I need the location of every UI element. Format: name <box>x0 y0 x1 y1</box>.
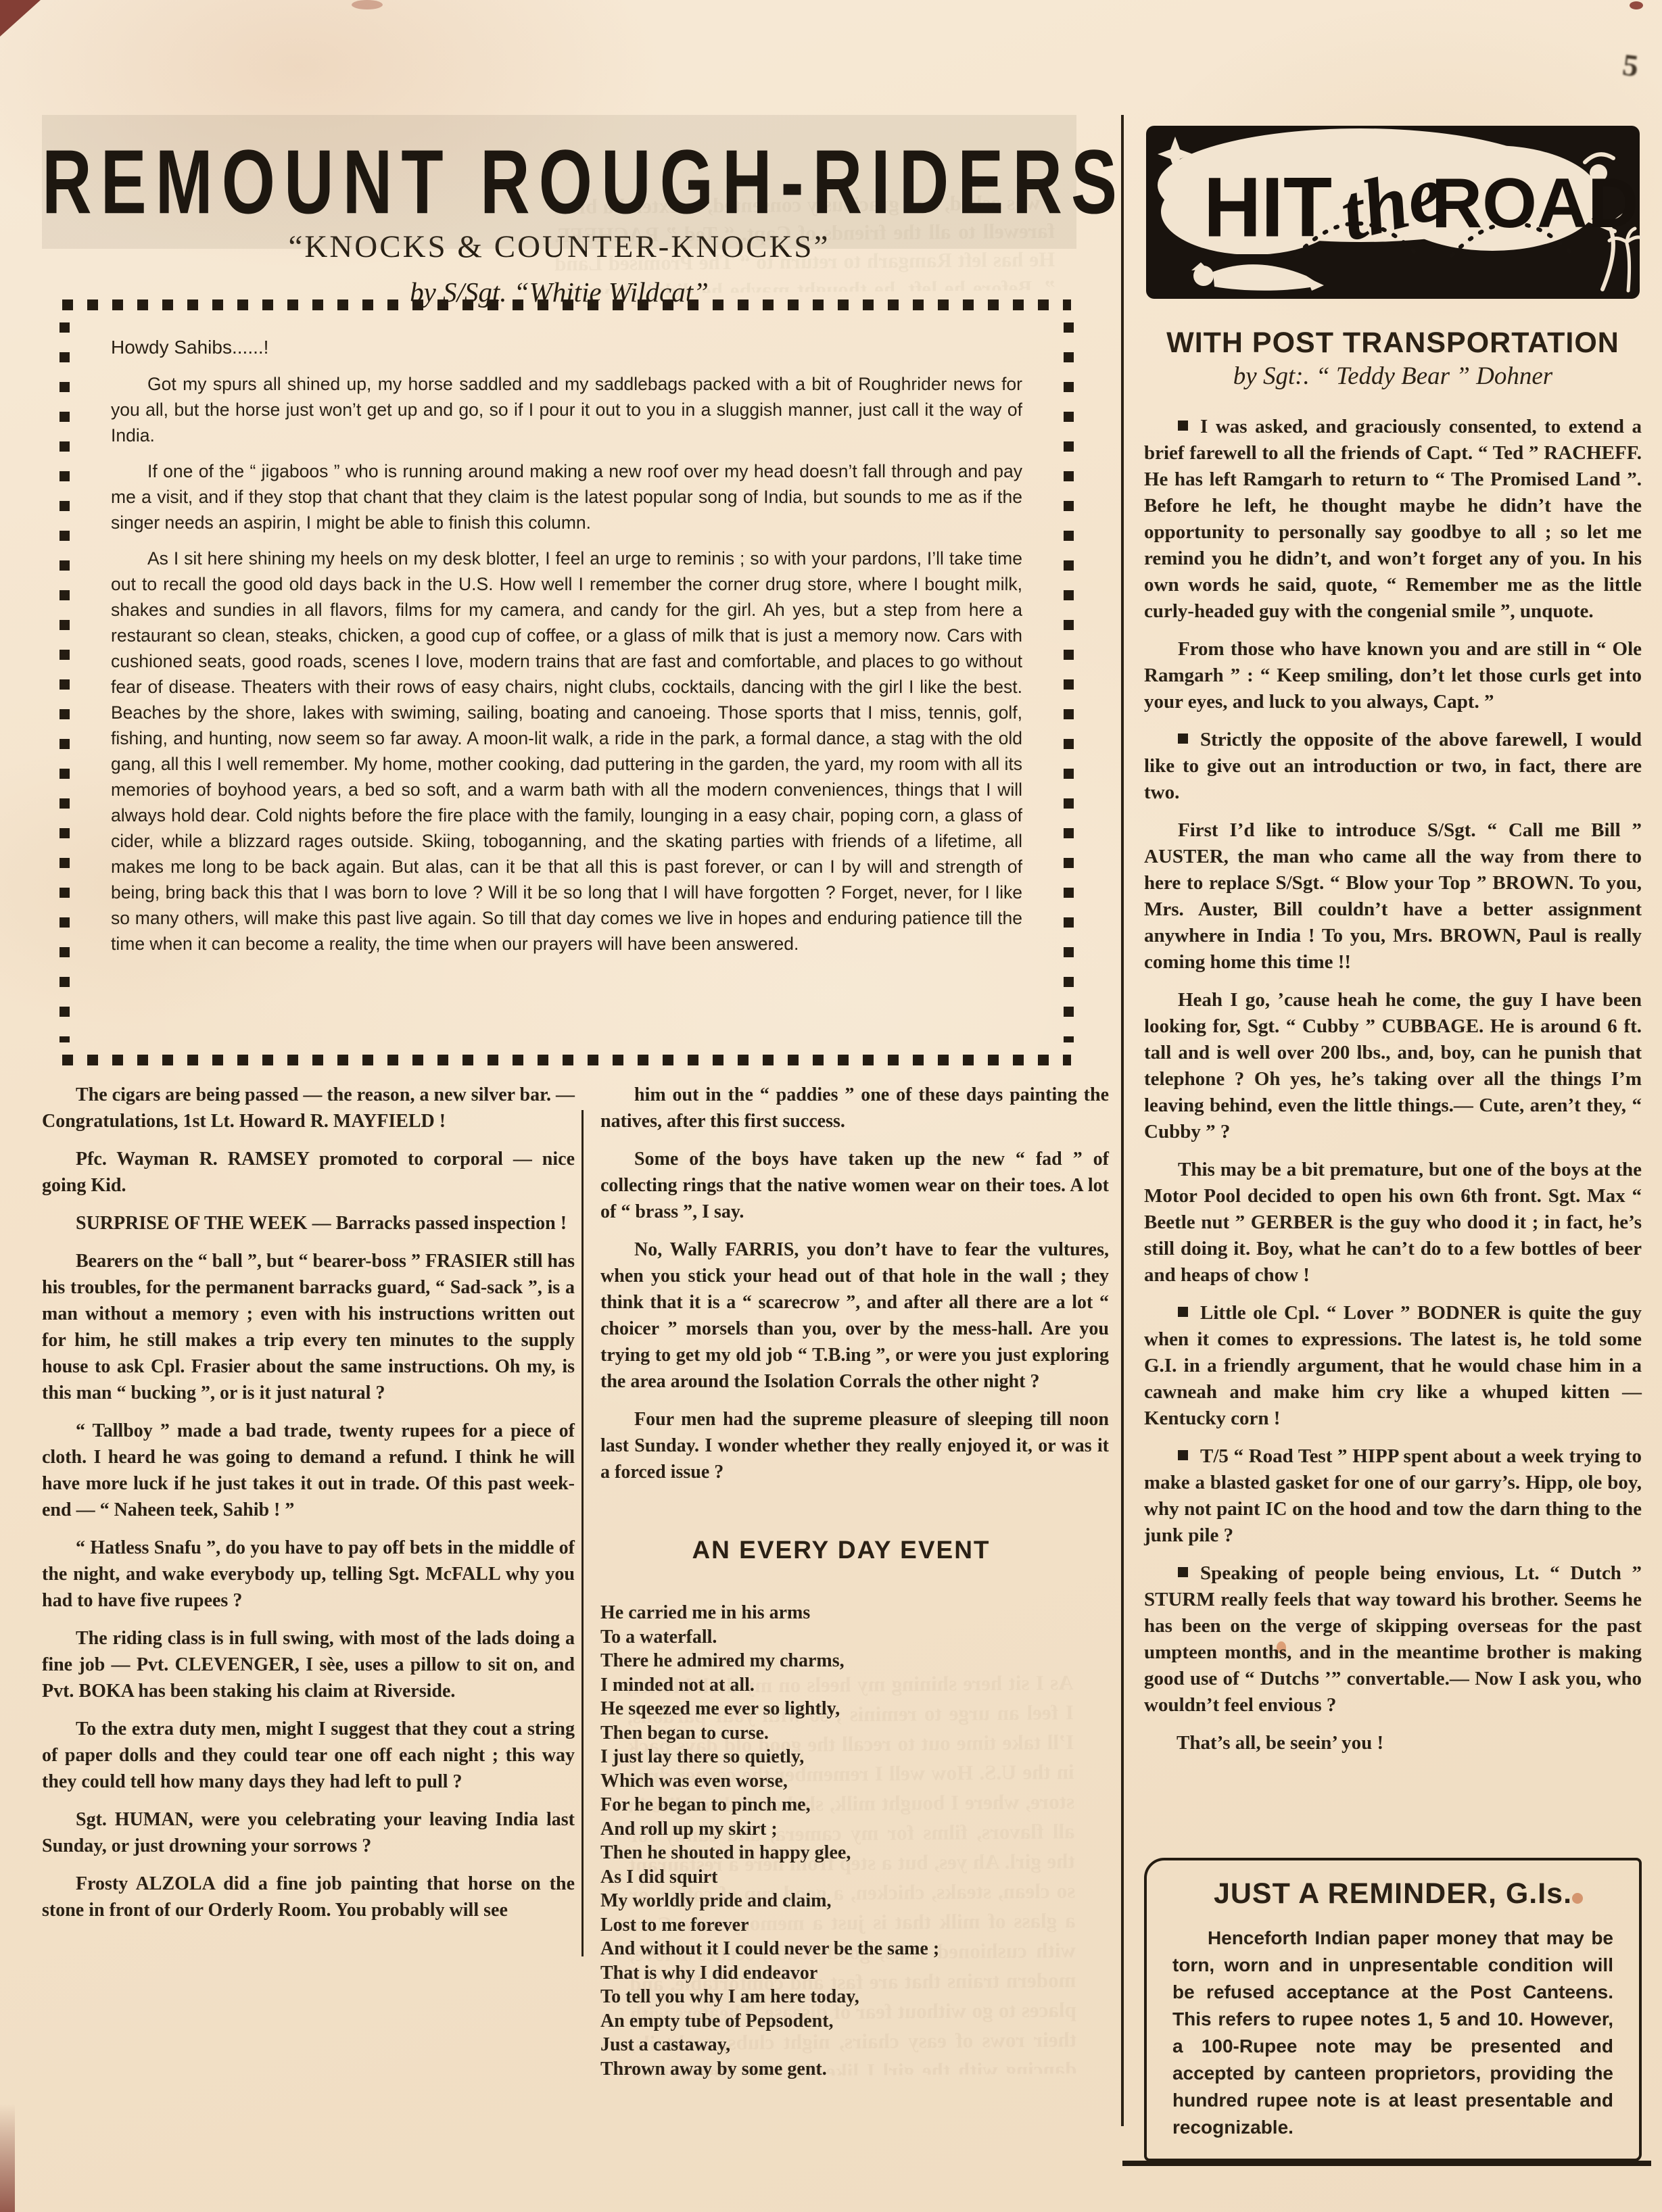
paragraph: From those who have known you and are st… <box>1144 636 1642 715</box>
dashed-border <box>60 322 70 1042</box>
paragraph: I was asked, and graciously consented, t… <box>1144 414 1642 625</box>
reminder-title: JUST A REMINDER, G.Is. <box>1172 1881 1613 1907</box>
poem-line: That is why I did endeavor <box>600 1961 1109 1986</box>
paragraph: To the extra duty men, might I suggest t… <box>42 1716 575 1795</box>
poem-line: He carried me in his arms <box>600 1601 1109 1625</box>
banner-word-hit: HIT <box>1204 160 1332 255</box>
poem-line: And without it I could never be the same… <box>600 1937 1109 1961</box>
dashed-border <box>62 299 1071 310</box>
ink-spot <box>1630 1 1643 9</box>
dashed-border <box>1064 322 1074 1042</box>
paragraph: T/5 “ Road Test ” HIPP spent about a wee… <box>1144 1443 1642 1549</box>
square-bullet-icon <box>1178 734 1188 744</box>
paragraph: This may be a bit premature, but one of … <box>1144 1157 1642 1289</box>
intro-paragraphs: Got my spurs all shined up, my horse sad… <box>111 371 1022 957</box>
paragraph: Heah I go, ’cause heah he come, the guy … <box>1144 987 1642 1145</box>
paragraph: SURPRISE OF THE WEEK — Barracks passed i… <box>42 1210 575 1236</box>
square-bullet-icon <box>1178 1450 1188 1460</box>
banner-word-road: ROAD <box>1431 164 1638 243</box>
poem-title: AN EVERY DAY EVENT <box>600 1537 1082 1563</box>
corner-stain <box>0 2104 15 2212</box>
paragraph: The riding class is in full swing, with … <box>42 1625 575 1704</box>
middle-paragraphs: him out in the “ paddies ” one of these … <box>600 1082 1109 1485</box>
paragraph: Bearers on the “ ball ”, but “ bearer-bo… <box>42 1248 575 1406</box>
newspaper-page: 5 I was asked, and graciously consented,… <box>0 0 1662 2212</box>
square-bullet-icon <box>1178 420 1188 431</box>
square-bullet-icon <box>1178 1567 1188 1577</box>
signoff: That’s all, be seein’ you ! <box>1144 1730 1642 1756</box>
column-rule <box>581 1110 584 1956</box>
column-rule <box>1121 115 1124 2126</box>
intro-box: Howdy Sahibs......! Got my spurs all shi… <box>60 299 1074 1065</box>
poem-line: I just lay there so quietly, <box>600 1745 1109 1769</box>
poem: He carried me in his armsTo a waterfall.… <box>600 1601 1109 2081</box>
poem-line: I minded not at all. <box>600 1673 1109 1698</box>
poem-line: Then began to curse. <box>600 1721 1109 1746</box>
poem-line: To a waterfall. <box>600 1625 1109 1650</box>
poem-line: Then he shouted in happy glee, <box>600 1841 1109 1865</box>
poem-line: Just a castaway, <box>600 2033 1109 2057</box>
paragraph: As I sit here shining my heels on my des… <box>111 546 1022 957</box>
paragraph: Got my spurs all shined up, my horse sad… <box>111 371 1022 448</box>
bottom-rule <box>1122 2161 1651 2166</box>
paragraph: Pfc. Wayman R. RAMSEY promoted to corpor… <box>42 1146 575 1199</box>
right-paragraphs: I was asked, and graciously consented, t… <box>1144 414 1642 1718</box>
paragraph: First I’d like to introduce S/Sgt. “ Cal… <box>1144 817 1642 976</box>
corner-stain <box>0 0 41 37</box>
section-byline: by Sgt:. “ Teddy Bear ” Dohner <box>1144 363 1642 389</box>
poem-line: For he began to pinch me, <box>600 1793 1109 1817</box>
paragraph: The cigars are being passed — the reason… <box>42 1082 575 1134</box>
paragraph: Frosty ALZOLA did a fine job painting th… <box>42 1871 575 1923</box>
section-title: WITH POST TRANSPORTATION <box>1144 330 1642 356</box>
poem-line: Which was even worse, <box>600 1769 1109 1794</box>
page-title: REMOUNT ROUGH-RIDERS <box>42 115 1076 249</box>
paragraph: Little ole Cpl. “ Lover ” BODNER is quit… <box>1144 1300 1642 1432</box>
reminder-body: Henceforth Indian paper money that may b… <box>1172 1925 1613 2141</box>
right-column: HIT the ROAD WITH POST TRANSPORTATION by… <box>1144 120 1642 2161</box>
salutation: Howdy Sahibs......! <box>111 335 1022 360</box>
poem-line: An empty tube of Pepsodent, <box>600 2009 1109 2034</box>
paragraph: “ Hatless Snafu ”, do you have to pay of… <box>42 1535 575 1614</box>
paragraph: Four men had the supreme pleasure of sle… <box>600 1406 1109 1485</box>
ink-spot <box>352 0 383 9</box>
poem-line: There he admired my charms, <box>600 1649 1109 1673</box>
paragraph: Sgt. HUMAN, were you celebrating your le… <box>42 1806 575 1859</box>
paragraph: him out in the “ paddies ” one of these … <box>600 1082 1109 1134</box>
paragraph: Strictly the opposite of the above farew… <box>1144 727 1642 806</box>
poem-line: My worldly pride and claim, <box>600 1889 1109 1913</box>
poem-line: Thrown away by some gent. <box>600 2057 1109 2082</box>
poem-line: To tell you why I am here today, <box>600 1985 1109 2009</box>
poem-line: Lost to me forever <box>600 1913 1109 1938</box>
hit-the-road-banner: HIT the ROAD <box>1144 120 1642 304</box>
paragraph: Some of the boys have taken up the new “… <box>600 1146 1109 1225</box>
left-column: The cigars are being passed — the reason… <box>42 1082 575 1935</box>
paragraph: “ Tallboy ” made a bad trade, twenty rup… <box>42 1418 575 1523</box>
paragraph: If one of the “ jigaboos ” who is runnin… <box>111 458 1022 535</box>
paragraph: No, Wally FARRIS, you don’t have to fear… <box>600 1236 1109 1395</box>
reminder-box: JUST A REMINDER, G.Is. Henceforth Indian… <box>1144 1858 1642 2161</box>
poem-line: He sqeezed me ever so lightly, <box>600 1697 1109 1721</box>
intro-text: Howdy Sahibs......! Got my spurs all shi… <box>85 317 1048 1051</box>
square-bullet-icon <box>1178 1307 1188 1317</box>
masthead: REMOUNT ROUGH-RIDERS “KNOCKS & COUNTER-K… <box>42 115 1076 308</box>
middle-column: him out in the “ paddies ” one of these … <box>600 1082 1109 2081</box>
paragraph: Speaking of people being envious, Lt. “ … <box>1144 1560 1642 1718</box>
poem-line: And roll up my skirt ; <box>600 1817 1109 1842</box>
dashed-border <box>62 1055 1071 1065</box>
page-number: 5 <box>1621 47 1640 84</box>
poem-line: As I did squirt <box>600 1865 1109 1890</box>
